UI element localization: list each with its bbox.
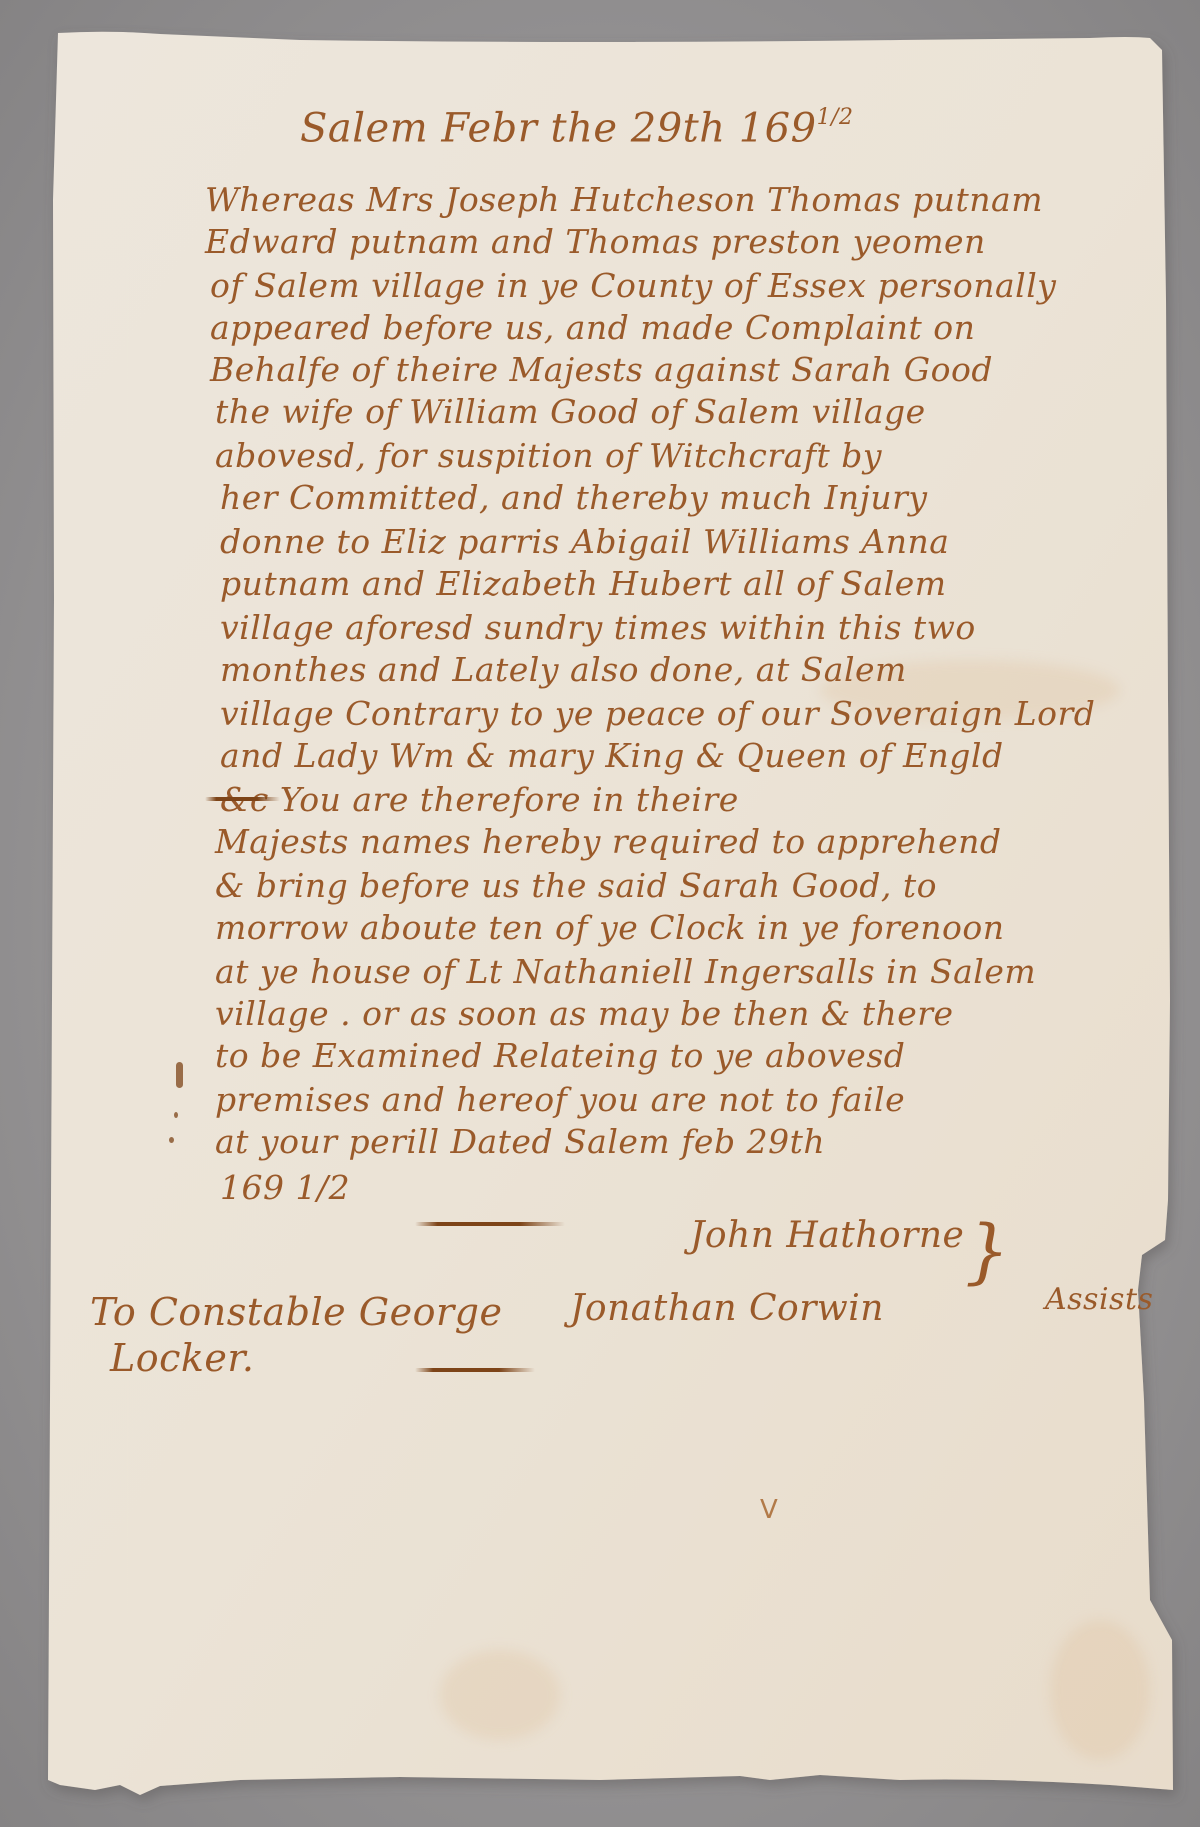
body-line: monthes and Lately also done, at Salem [220,650,907,689]
body-line: premises and hereof you are not to faile [215,1080,905,1119]
body-line: Majests names hereby required to apprehe… [215,822,1002,861]
heading-date: Febr the 29th 169 [441,106,816,152]
heading-year-fraction: 1/2 [817,105,854,130]
body-line: &c You are therefore in theire [220,780,739,819]
body-line: the wife of William Good of Salem villag… [215,392,926,431]
body-line: Behalfe of theire Majests against Sarah … [210,350,993,389]
body-line: Edward putnam and Thomas preston yeomen [205,222,986,261]
bottom-margin-mark: V [760,1495,778,1525]
body-line: to be Examined Relateing to ye abovesd [215,1036,905,1075]
body-line: at your perill Dated Salem feb 29th [215,1122,825,1161]
body-line: morrow aboute ten of ye Clock in ye fore… [215,908,1005,947]
signature-title: Assists [1045,1282,1153,1317]
document-heading: Salem Febr the 29th 1691/2 [300,105,853,152]
body-line: village . or as soon as may be then & th… [215,994,954,1033]
body-line: appeared before us, and made Complaint o… [210,308,975,347]
body-line: of Salem village in ye County of Essex p… [210,266,1056,305]
paper-stain [1050,1620,1150,1760]
body-line: her Committed, and thereby much Injury [220,478,928,517]
address-line-2: Locker. [110,1336,254,1380]
signature-corwin: Jonathan Corwin [570,1288,884,1329]
body-line: abovesd, for suspition of Witchcraft by [215,436,882,475]
paper-stain [440,1650,560,1740]
dash-flourish [205,797,280,801]
body-line: and Lady Wm & mary King & Queen of Engld [220,736,1004,775]
signature-brace: } [965,1210,1010,1292]
body-line: donne to Eliz parris Abigail Williams An… [220,522,949,561]
signature-hathorne: John Hathorne [690,1215,964,1256]
ink-blot [174,1112,178,1118]
address-line-1: To Constable George [90,1290,502,1334]
body-line: & bring before us the said Sarah Good, t… [215,866,937,905]
body-line: village Contrary to ye peace of our Sove… [220,694,1095,733]
body-line: Whereas Mrs Joseph Hutcheson Thomas putn… [205,180,1043,219]
ink-blot [169,1137,174,1143]
body-line: putnam and Elizabeth Hubert all of Salem [220,564,947,603]
underline-flourish [415,1222,565,1226]
heading-place: Salem [300,106,428,152]
body-line: village aforesd sundry times within this… [220,608,976,647]
manuscript-page: Salem Febr the 29th 1691/2 Whereas Mrs J… [0,0,1200,1827]
ink-blot [176,1062,183,1088]
body-line: at ye house of Lt Nathaniell Ingersalls … [215,952,1036,991]
underline-flourish [415,1368,535,1372]
body-line: 169 1/2 [220,1168,350,1207]
